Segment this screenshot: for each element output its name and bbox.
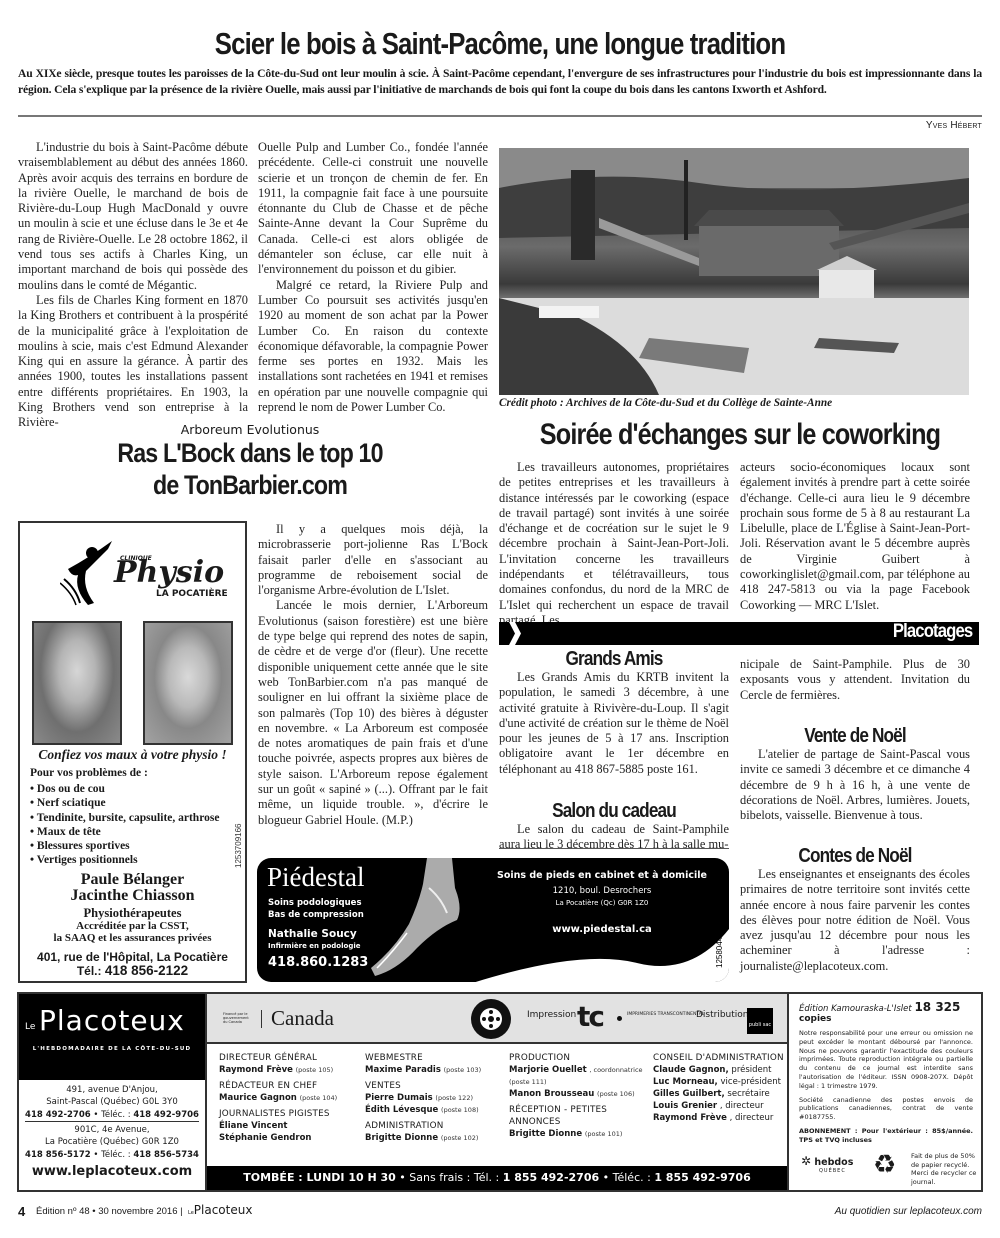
staff-group: VENTESPierre Dumais (poste 122)Édith Lév… xyxy=(365,1080,505,1116)
recycle-icon: ♻ xyxy=(873,1152,896,1178)
piedestal-address-1: 1210, boul. Desrochers xyxy=(497,886,707,896)
staff-role: ADMINISTRATION xyxy=(365,1120,505,1132)
physio-address: 401, rue de l'Hôpital, La Pocatière xyxy=(37,950,228,964)
masthead-left: Le Placoteux L'HEBDOMADAIRE DE LA CÔTE-D… xyxy=(19,994,205,1190)
tollfree-fax: 1 855 492-9706 xyxy=(654,1171,750,1184)
staff-extension: vice-président xyxy=(721,1077,781,1087)
contes-noel-body: Les enseignantes et enseignants des écol… xyxy=(740,867,970,974)
salon-cadeau-body-continued: nicipale de Saint-Pamphile. Plus de 30 e… xyxy=(740,657,970,703)
paragraph: Malgré ce retard, la Riviere Pulp and Lu… xyxy=(258,278,488,416)
rasbock-title: Ras L'Bock dans le top 10 de TonBarbier.… xyxy=(35,437,465,501)
service-line: Soins podologiques xyxy=(268,898,362,908)
sawmill-photo xyxy=(499,148,969,395)
staff-name: Manon Brousseau xyxy=(509,1089,594,1099)
list-item: Vertiges positionnels xyxy=(30,853,219,867)
main-article-lede: Au XIXe siècle, presque toutes les paroi… xyxy=(18,66,982,97)
physio-phone[interactable]: 418 856-2122 xyxy=(105,963,188,978)
recycle-notice: Fait de plus de 50% de papier recyclé. M… xyxy=(911,1152,981,1186)
staff-group: RÉCEPTION - PETITES ANNONCESBrigitte Dio… xyxy=(509,1104,649,1140)
physio-tel-label: Tél.: xyxy=(77,964,102,978)
staff-name: Pierre Dumais xyxy=(365,1093,433,1103)
piedestal-services: Soins podologiques Bas de compression xyxy=(268,898,364,921)
staff-extension: , directeur xyxy=(730,1113,774,1123)
contes-noel-title: Contes de Noël xyxy=(756,845,954,868)
staff-name: Éliane Vincent xyxy=(219,1121,287,1131)
paragraph: Il y a quelques mois déjà, la microbrass… xyxy=(258,522,488,598)
paragraph: Ouelle Pulp and Lumber Co., fondée l'ann… xyxy=(258,140,488,278)
service-line: Bas de compression xyxy=(268,910,364,920)
disclaimer: Notre responsabilité pour une erreur ou … xyxy=(799,1029,973,1091)
byline: Yves Hébert xyxy=(926,120,982,131)
staff-extension: (poste 105) xyxy=(296,1066,334,1074)
physio-contact: 401, rue de l'Hôpital, La Pocatière Tél.… xyxy=(20,950,245,978)
brand-name: Placoteux xyxy=(194,1203,253,1217)
divider xyxy=(499,848,729,849)
staff-extension: secrétaire xyxy=(727,1089,769,1099)
main-article-column-1: L'industrie du bois à Saint-Pacôme début… xyxy=(18,140,248,431)
staff-extension: (poste 108) xyxy=(441,1106,479,1114)
staff-name: Maurice Gagnon xyxy=(219,1093,297,1103)
hebdos-flower-icon: ✲ xyxy=(801,1154,811,1168)
staff-member: Manon Brousseau (poste 106) xyxy=(509,1088,649,1100)
logo-physio-word: Physio xyxy=(114,555,224,590)
staff-member: Maxime Paradis (poste 103) xyxy=(365,1064,505,1076)
masthead-box: Le Placoteux L'HEBDOMADAIRE DE LA CÔTE-D… xyxy=(17,992,983,1192)
staff-member: Maurice Gagnon (poste 104) xyxy=(219,1092,359,1104)
paragraph: Les enseignantes et enseignants des écol… xyxy=(740,867,970,974)
staff-name: Stéphanie Gendron xyxy=(219,1133,311,1143)
tirage-certifie-seal-icon xyxy=(471,999,511,1039)
staff-name: Édith Lévesque xyxy=(365,1105,438,1115)
dancer-figure-icon xyxy=(60,535,120,607)
paragraph: Les fils de Charles King forment en 1870… xyxy=(18,293,248,431)
paragraph: L'industrie du bois à Saint-Pacôme début… xyxy=(18,140,248,293)
piedestal-address-2: La Pocatière (Qc) G0R 1Z0 xyxy=(497,899,707,907)
staff-member: Claude Gagnon, président xyxy=(653,1064,793,1076)
copies-label: copies xyxy=(799,1014,832,1024)
staff-group: JOURNALISTES PIGISTESÉliane Vincent Stép… xyxy=(219,1108,359,1144)
list-item: Nerf sciatique xyxy=(30,796,219,810)
staff-member: Raymond Frève , directeur xyxy=(653,1112,793,1124)
physio-conditions-list: Dos ou de cou Nerf sciatique Tendinite, … xyxy=(30,782,219,868)
hebdos-label: hebdos xyxy=(814,1157,853,1168)
staff-extension: , directeur xyxy=(720,1101,764,1111)
page-number: 4 xyxy=(18,1204,25,1219)
tollfree-phone[interactable]: 1 855 492-2706 xyxy=(503,1171,599,1184)
therapist-photo-1 xyxy=(32,621,122,745)
rasbock-body: Il y a quelques mois déjà, la microbrass… xyxy=(258,522,488,828)
therapist-name: Jacinthe Chiasson xyxy=(70,887,194,904)
staff-extension: (poste 104) xyxy=(300,1094,338,1102)
edition-label: Édition Kamouraska-L'Islet xyxy=(799,1004,912,1014)
divider xyxy=(25,1121,199,1122)
staff-member: Édith Lévesque (poste 108) xyxy=(365,1104,505,1116)
staff-name: Maxime Paradis xyxy=(365,1065,441,1075)
staff-role: RÉDACTEUR EN CHEF xyxy=(219,1080,359,1092)
staff-group: CONSEIL D'ADMINISTRATIONClaude Gagnon, p… xyxy=(653,1052,793,1124)
office-fax: 418 856-5734 xyxy=(133,1150,199,1160)
physio-therapist-names: Paule Bélanger Jacinthe Chiasson xyxy=(20,872,245,904)
ad-id: 1253709166 xyxy=(234,824,243,869)
staff-member: Louis Grenier , directeur xyxy=(653,1100,793,1112)
staff-name: Gilles Guilbert, xyxy=(653,1089,725,1099)
staff-member: Pierre Dumais (poste 122) xyxy=(365,1092,505,1104)
grands-amis-title: Grands Amis xyxy=(515,648,713,671)
piedestal-advertisement[interactable]: Piédestal Soins podologiques Bas de comp… xyxy=(257,858,729,982)
staff-member: Raymond Frève (poste 105) xyxy=(219,1064,359,1076)
footer-tagline: Au quotidien sur leplacoteux.com xyxy=(835,1206,982,1217)
office-la-pocatiere: 901C, 4e Avenue, La Pocatière (Québec) G… xyxy=(19,1124,205,1161)
piedestal-name: Piédestal xyxy=(267,862,364,893)
office-fax: 418 492-9706 xyxy=(133,1110,199,1120)
list-item: Tendinite, bursite, capsulite, arthrose xyxy=(30,811,219,825)
distribution-label: Distribution xyxy=(696,1010,749,1020)
edition-info: Édition nº 48 • 30 novembre 2016 | xyxy=(36,1206,183,1217)
staff-name: Marjorie Ouellet xyxy=(509,1065,587,1075)
fax-label: Téléc. : xyxy=(101,1110,131,1120)
grands-amis-body: Les Grands Amis du KRTB invitent la popu… xyxy=(499,670,729,777)
address-line: Saint-Pascal (Québec) G0L 3Y0 xyxy=(46,1097,177,1107)
staff-group: ADMINISTRATIONBrigitte Dionne (poste 102… xyxy=(365,1120,505,1144)
masthead-legal: Édition Kamouraska-L'Islet 18 325 copies… xyxy=(791,994,981,1190)
piedestal-role: Infirmière en podologie xyxy=(268,942,360,950)
staff-role: DIRECTEUR GÉNÉRAL xyxy=(219,1052,359,1064)
paragraph: nicipale de Saint-Pamphile. Plus de 30 e… xyxy=(740,657,970,703)
funded-by-text: Financé par le gouvernement du Canada xyxy=(223,1012,253,1024)
list-item: Maux de tête xyxy=(30,825,219,839)
publisac-logo: publi sac xyxy=(747,1008,773,1034)
physio-list-title: Pour vos problèmes de : xyxy=(30,767,148,779)
staff-group: WEBMESTREMaxime Paradis (poste 103) xyxy=(365,1052,505,1076)
logo-le: Le xyxy=(25,1022,35,1032)
hebdos-quebec-logo: ✲ hebdos QUÉBEC xyxy=(801,1154,853,1174)
decorative-wave xyxy=(437,908,729,982)
office-saint-pascal: 491, avenue D'Anjou, Saint-Pascal (Québe… xyxy=(19,1084,205,1121)
coworking-title: Soirée d'échanges sur le coworking xyxy=(530,418,950,452)
list-item: Dos ou de cou xyxy=(30,782,219,796)
staff-name: Raymond Frève xyxy=(219,1065,293,1075)
physio-role: Physiothérapeutes xyxy=(20,906,245,921)
accreditation-line: Accréditée par la CSST, xyxy=(76,920,189,932)
address-line: La Pocatière (Québec) G0R 1Z0 xyxy=(45,1137,179,1147)
therapist-name: Paule Bélanger xyxy=(81,871,185,888)
paragraph: Lancée le mois dernier, L'Arboreum Evolu… xyxy=(258,598,488,827)
copies-count: 18 325 xyxy=(914,1000,960,1014)
tollfree-fax-label: Téléc. : xyxy=(613,1171,651,1184)
physio-advertisement[interactable]: CLINIQUE Physio LA POCATIÈRE Confiez vos… xyxy=(18,521,247,983)
staff-role: JOURNALISTES PIGISTES xyxy=(219,1108,359,1120)
tollfree-label: Sans frais : Tél. : xyxy=(409,1171,499,1184)
postal-notice: Société canadienne des postes envois de … xyxy=(799,1096,973,1122)
staff-name: Luc Morneau, xyxy=(653,1077,718,1087)
rasbock-title-line-1: Ras L'Bock dans le top 10 xyxy=(117,438,382,468)
staff-name: Brigitte Dionne xyxy=(365,1133,438,1143)
rasbock-title-line-2: de TonBarbier.com xyxy=(153,470,347,500)
placoteux-logo: Le Placoteux L'HEBDOMADAIRE DE LA CÔTE-D… xyxy=(19,994,205,1080)
therapist-photo-2 xyxy=(143,621,233,745)
hebdos-sub: QUÉBEC xyxy=(801,1168,853,1174)
staff-role: PRODUCTION xyxy=(509,1052,649,1064)
staff-column-1: DIRECTEUR GÉNÉRALRaymond Frève (poste 10… xyxy=(219,1052,359,1148)
impression-label: Impression xyxy=(527,1010,576,1020)
coworking-column-1: Les travailleurs autonomes, propriétaire… xyxy=(499,460,729,628)
chevron-right-icon xyxy=(499,622,523,645)
staff-member: Marjorie Ouellet , coordonnatrice (poste… xyxy=(509,1064,649,1088)
physio-logo: CLINIQUE Physio LA POCATIÈRE xyxy=(60,535,240,607)
piedestal-website-link[interactable]: www.piedestal.ca xyxy=(497,924,707,935)
staff-extension: (poste 102) xyxy=(441,1134,479,1142)
staff-member: Luc Morneau, vice-président xyxy=(653,1076,793,1088)
divider xyxy=(18,115,982,117)
staff-role: WEBMESTRE xyxy=(365,1052,505,1064)
staff-column-3: PRODUCTIONMarjorie Ouellet , coordonnatr… xyxy=(509,1052,649,1144)
vente-noel-title: Vente de Noël xyxy=(756,725,954,748)
staff-member: Éliane Vincent xyxy=(219,1120,359,1132)
staff-member: Brigitte Dionne (poste 102) xyxy=(365,1132,505,1144)
staff-column-4: CONSEIL D'ADMINISTRATIONClaude Gagnon, p… xyxy=(653,1052,793,1128)
staff-role: VENTES xyxy=(365,1080,505,1092)
photo-credit: Crédit photo : Archives de la Côte-du-Su… xyxy=(499,397,832,409)
fax-label: Téléc. : xyxy=(101,1150,131,1160)
website-link[interactable]: www.leplacoteux.com xyxy=(19,1164,205,1179)
piedestal-person: Nathalie Soucy xyxy=(268,928,357,940)
staff-role: RÉCEPTION - PETITES ANNONCES xyxy=(509,1104,649,1128)
masthead-staff: Financé par le gouvernement du Canada Ca… xyxy=(205,994,789,1190)
footer-brand: LePlacoteux xyxy=(188,1203,252,1217)
office-phone[interactable]: 418 492-2706 xyxy=(25,1110,91,1120)
staff-group: PRODUCTIONMarjorie Ouellet , coordonnatr… xyxy=(509,1052,649,1100)
piedestal-service-headline: Soins de pieds en cabinet et à domicile xyxy=(497,870,707,881)
staff-column-2: WEBMESTREMaxime Paradis (poste 103)VENTE… xyxy=(365,1052,505,1148)
logo-tagline: L'HEBDOMADAIRE DE LA CÔTE-DU-SUD xyxy=(19,1046,205,1052)
piedestal-phone[interactable]: 418.860.1283 xyxy=(268,955,368,970)
staff-extension: (poste 103) xyxy=(444,1066,482,1074)
placotages-section-label: Placotages xyxy=(893,621,972,643)
dot-icon xyxy=(617,1016,622,1021)
vente-noel-body: L'atelier de partage de Saint-Pascal vou… xyxy=(740,747,970,823)
divider xyxy=(261,1010,262,1028)
list-item: Blessures sportives xyxy=(30,839,219,853)
staff-extension: (poste 122) xyxy=(435,1094,473,1102)
staff-name: Raymond Frève xyxy=(653,1113,727,1123)
staff-role: CONSEIL D'ADMINISTRATION xyxy=(653,1052,793,1064)
address-line: 901C, 4e Avenue, xyxy=(74,1125,149,1135)
staff-group: RÉDACTEUR EN CHEFMaurice Gagnon (poste 1… xyxy=(219,1080,359,1104)
logo-name: Placoteux xyxy=(39,1004,185,1037)
main-article-title: Scier le bois à Saint-Pacôme, une longue… xyxy=(85,26,915,62)
staff-name: Louis Grenier xyxy=(653,1101,717,1111)
canada-wordmark: Canada xyxy=(271,1006,334,1031)
staff-member: Brigitte Dionne (poste 101) xyxy=(509,1128,649,1140)
physio-accreditation: Accréditée par la CSST, la SAAQ et les a… xyxy=(20,920,245,944)
salon-cadeau-title: Salon du cadeau xyxy=(515,800,713,823)
edition-circulation: Édition Kamouraska-L'Islet 18 325 copies xyxy=(799,1000,973,1024)
accreditation-line: la SAAQ et les assurances privées xyxy=(54,932,212,944)
logo-place: LA POCATIÈRE xyxy=(156,589,228,599)
ad-id: 1258044166 xyxy=(715,924,724,969)
sponsor-bar: Financé par le gouvernement du Canada Ca… xyxy=(207,994,787,1044)
physio-tagline: Confiez vos maux à votre physio ! xyxy=(20,747,245,763)
sawmill-illustration xyxy=(499,148,969,395)
staff-extension: (poste 106) xyxy=(597,1090,635,1098)
deadline-bar: TOMBÉE : LUNDI 10 H 30 • Sans frais : Té… xyxy=(207,1166,787,1190)
staff-member: Gilles Guilbert, secrétaire xyxy=(653,1088,793,1100)
paragraph: L'atelier de partage de Saint-Pascal vou… xyxy=(740,747,970,823)
staff-extension: président xyxy=(731,1065,771,1075)
printer-name: IMPRIMERIES TRANSCONTINENTAL xyxy=(627,1012,704,1017)
paragraph: acteurs socio-économiques locaux sont ég… xyxy=(740,460,970,613)
staff-name: Claude Gagnon, xyxy=(653,1065,729,1075)
deadline-text: TOMBÉE : LUNDI 10 H 30 xyxy=(243,1171,396,1184)
staff-group: DIRECTEUR GÉNÉRALRaymond Frève (poste 10… xyxy=(219,1052,359,1076)
staff-name: Brigitte Dionne xyxy=(509,1129,582,1139)
rasbock-kicker: Arboreum Evolutionus xyxy=(0,422,500,437)
subscription-info: ABONNEMENT : Pour l'extérieur : 85$/anné… xyxy=(799,1127,973,1145)
address-line: 491, avenue D'Anjou, xyxy=(66,1085,158,1095)
paragraph: Les travailleurs autonomes, propriétaire… xyxy=(499,460,729,628)
coworking-column-2: acteurs socio-économiques locaux sont ég… xyxy=(740,460,970,613)
office-phone[interactable]: 418 856-5172 xyxy=(25,1150,91,1160)
staff-extension: (poste 101) xyxy=(585,1130,623,1138)
paragraph: Les Grands Amis du KRTB invitent la popu… xyxy=(499,670,729,777)
staff-member: Stéphanie Gendron xyxy=(219,1132,359,1144)
main-article-column-2: Ouelle Pulp and Lumber Co., fondée l'ann… xyxy=(258,140,488,415)
tc-logo: tc xyxy=(577,1000,603,1033)
